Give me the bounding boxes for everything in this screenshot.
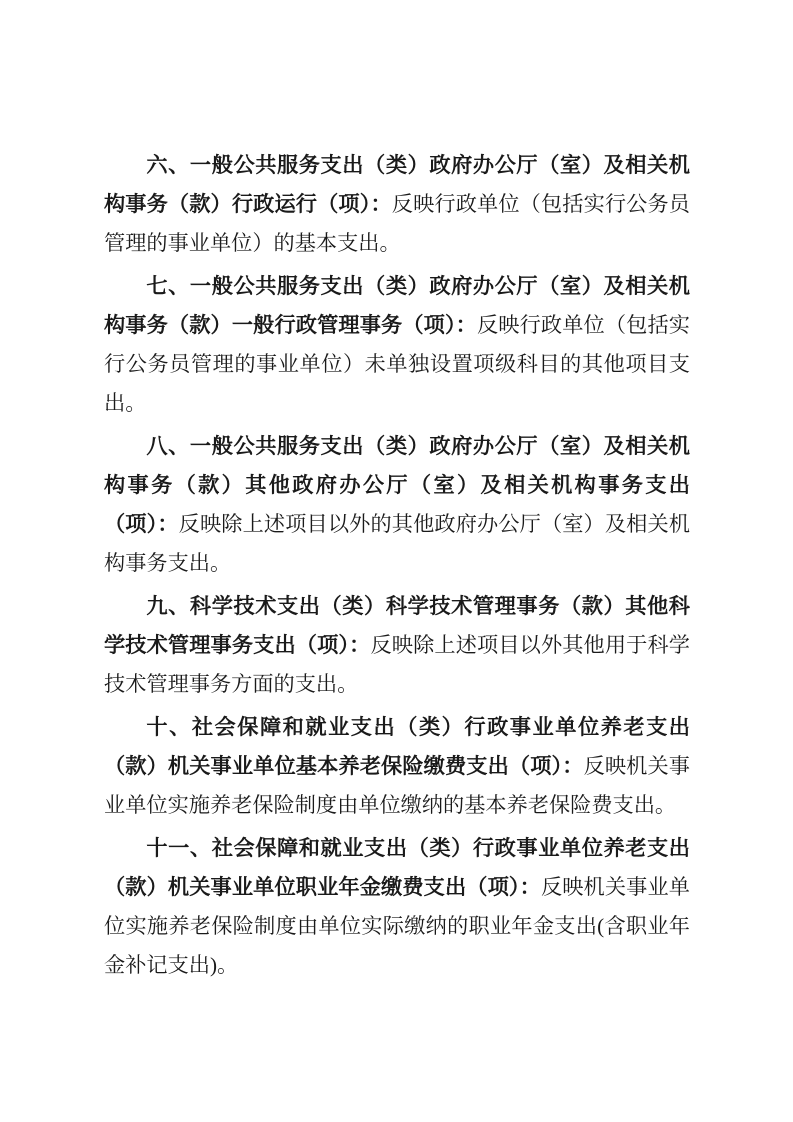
paragraph: 十一、社会保障和就业支出（类）行政事业单位养老支出（款）机关事业单位职业年金缴费… (104, 829, 690, 985)
paragraph: 九、科学技术支出（类）科学技术管理事务（款）其他科学技术管理事务支出（项）：反映… (104, 587, 690, 704)
document-body: 六、一般公共服务支出（类）政府办公厅（室）及相关机构事务（款）行政运行（项）：反… (104, 146, 690, 989)
document-page: 六、一般公共服务支出（类）政府办公厅（室）及相关机构事务（款）行政运行（项）：反… (0, 0, 793, 1122)
paragraph: 六、一般公共服务支出（类）政府办公厅（室）及相关机构事务（款）行政运行（项）：反… (104, 146, 690, 263)
paragraph: 十、社会保障和就业支出（类）行政事业单位养老支出（款）机关事业单位基本养老保险缴… (104, 708, 690, 825)
paragraph: 八、一般公共服务支出（类）政府办公厅（室）及相关机构事务（款）其他政府办公厅（室… (104, 427, 690, 583)
paragraph: 七、一般公共服务支出（类）政府办公厅（室）及相关机构事务（款）一般行政管理事务（… (104, 267, 690, 423)
paragraph-body: 反映除上述项目以外的其他政府办公厅（室）及相关机构事务支出。 (104, 512, 690, 575)
